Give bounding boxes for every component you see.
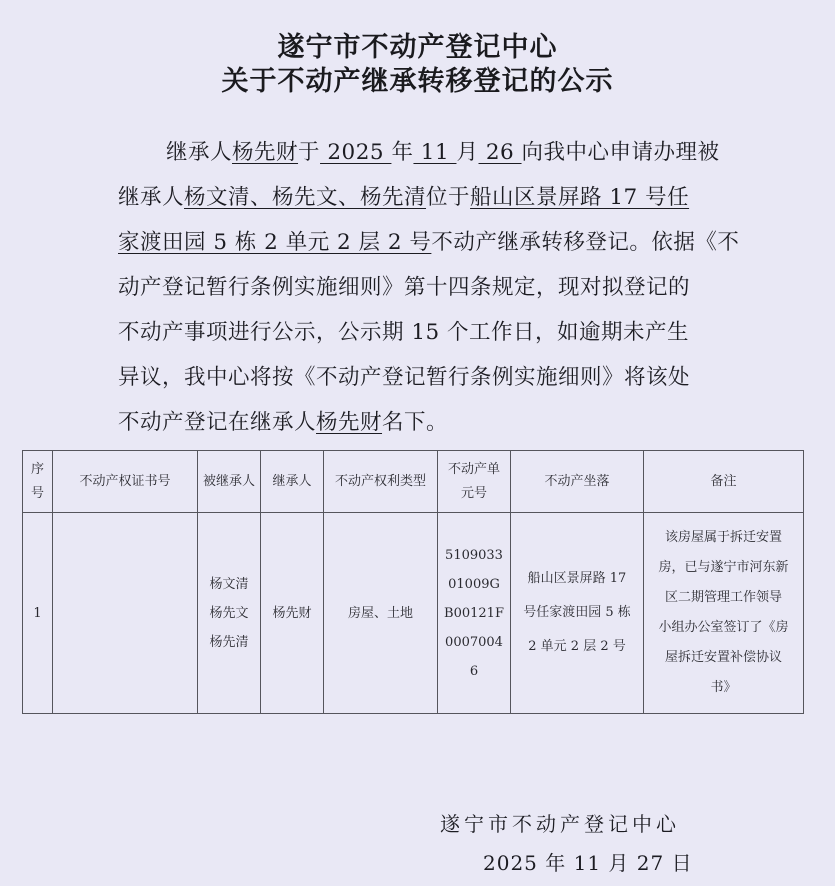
underlined-field: 11 <box>413 140 456 165</box>
underlined-field: 26 <box>479 140 522 165</box>
col-header-decedent: 被继承人 <box>198 451 261 513</box>
underlined-field: 杨先财 <box>316 410 382 435</box>
notice-body: 继承人杨先财于 2025 年 11 月 26 向我中心申请办理被继承人杨文清、杨… <box>118 130 723 450</box>
cell-location: 船山区景屏路 17号任家渡田园 5 栋2 单元 2 层 2 号 <box>511 513 644 714</box>
body-text: 动产登记暂行条例实施细则》第十四条规定，现对拟登记的 <box>118 275 690 300</box>
table-header-row: 序号 不动产权证书号 被继承人 继承人 不动产权利类型 不动产单元号 不动产坐落… <box>23 451 804 513</box>
body-text: 不动产事项进行公示，公示期 15 个工作日，如逾期未产生 <box>118 320 689 345</box>
body-line: 继承人杨先财于 2025 年 11 月 26 向我中心申请办理被 <box>166 130 720 175</box>
cell-right-type: 房屋、土地 <box>324 513 438 714</box>
col-header-certificate-no: 不动产权证书号 <box>53 451 198 513</box>
body-line: 动产登记暂行条例实施细则》第十四条规定，现对拟登记的 <box>118 265 690 310</box>
body-text: 继承人 <box>118 185 184 210</box>
underlined-field: 2025 <box>320 140 391 165</box>
cell-seq: 1 <box>23 513 53 714</box>
col-header-heir: 继承人 <box>261 451 324 513</box>
underlined-field: 船山区景屏路 17 号任 <box>470 185 689 210</box>
cell-decedents: 杨文清杨先文杨先清 <box>198 513 261 714</box>
body-line: 异议，我中心将按《不动产登记暂行条例实施细则》将该处 <box>118 355 690 400</box>
body-text: 年 <box>391 140 413 165</box>
cell-heir: 杨先财 <box>261 513 324 714</box>
underlined-field: 杨文清、杨先文、杨先清 <box>184 185 426 210</box>
property-table: 序号 不动产权证书号 被继承人 继承人 不动产权利类型 不动产单元号 不动产坐落… <box>22 450 804 714</box>
underlined-field: 杨先财 <box>232 140 298 165</box>
cell-unit-no: 510903301009GB00121F00070046 <box>438 513 511 714</box>
body-text: 继承人 <box>166 140 232 165</box>
body-line: 继承人杨文清、杨先文、杨先清位于船山区景屏路 17 号任 <box>118 175 689 220</box>
body-text: 向我中心申请办理被 <box>522 140 720 165</box>
table-row: 1 杨文清杨先文杨先清 杨先财 房屋、土地 510903301009GB0012… <box>23 513 804 714</box>
body-text: 异议，我中心将按《不动产登记暂行条例实施细则》将该处 <box>118 365 690 390</box>
body-text: 名下。 <box>382 410 448 435</box>
body-line: 不动产事项进行公示，公示期 15 个工作日，如逾期未产生 <box>118 310 689 355</box>
col-header-remarks: 备注 <box>644 451 804 513</box>
col-header-seq: 序号 <box>23 451 53 513</box>
signature-date: 2025 年 11 月 27 日 <box>483 847 693 876</box>
signature-org: 遂宁市不动产登记中心 <box>440 808 680 837</box>
body-text: 不动产继承转移登记。依据《不 <box>431 230 739 255</box>
title-line-2: 关于不动产继承转移登记的公示 <box>0 59 835 98</box>
col-header-right-type: 不动产权利类型 <box>324 451 438 513</box>
body-text: 不动产登记在继承人 <box>118 410 316 435</box>
body-text: 位于 <box>426 185 470 210</box>
underlined-field: 家渡田园 5 栋 2 单元 2 层 2 号 <box>118 230 431 255</box>
body-line: 不动产登记在继承人杨先财名下。 <box>118 400 448 445</box>
cell-certificate-no <box>53 513 198 714</box>
col-header-location: 不动产坐落 <box>511 451 644 513</box>
col-header-unit-no: 不动产单元号 <box>438 451 511 513</box>
body-text: 于 <box>298 140 320 165</box>
cell-remarks: 该房屋属于拆迁安置房，已与遂宁市河东新区二期管理工作领导小组办公室签订了《房屋拆… <box>644 513 804 714</box>
body-line: 家渡田园 5 栋 2 单元 2 层 2 号不动产继承转移登记。依据《不 <box>118 220 739 265</box>
body-text: 月 <box>456 140 478 165</box>
